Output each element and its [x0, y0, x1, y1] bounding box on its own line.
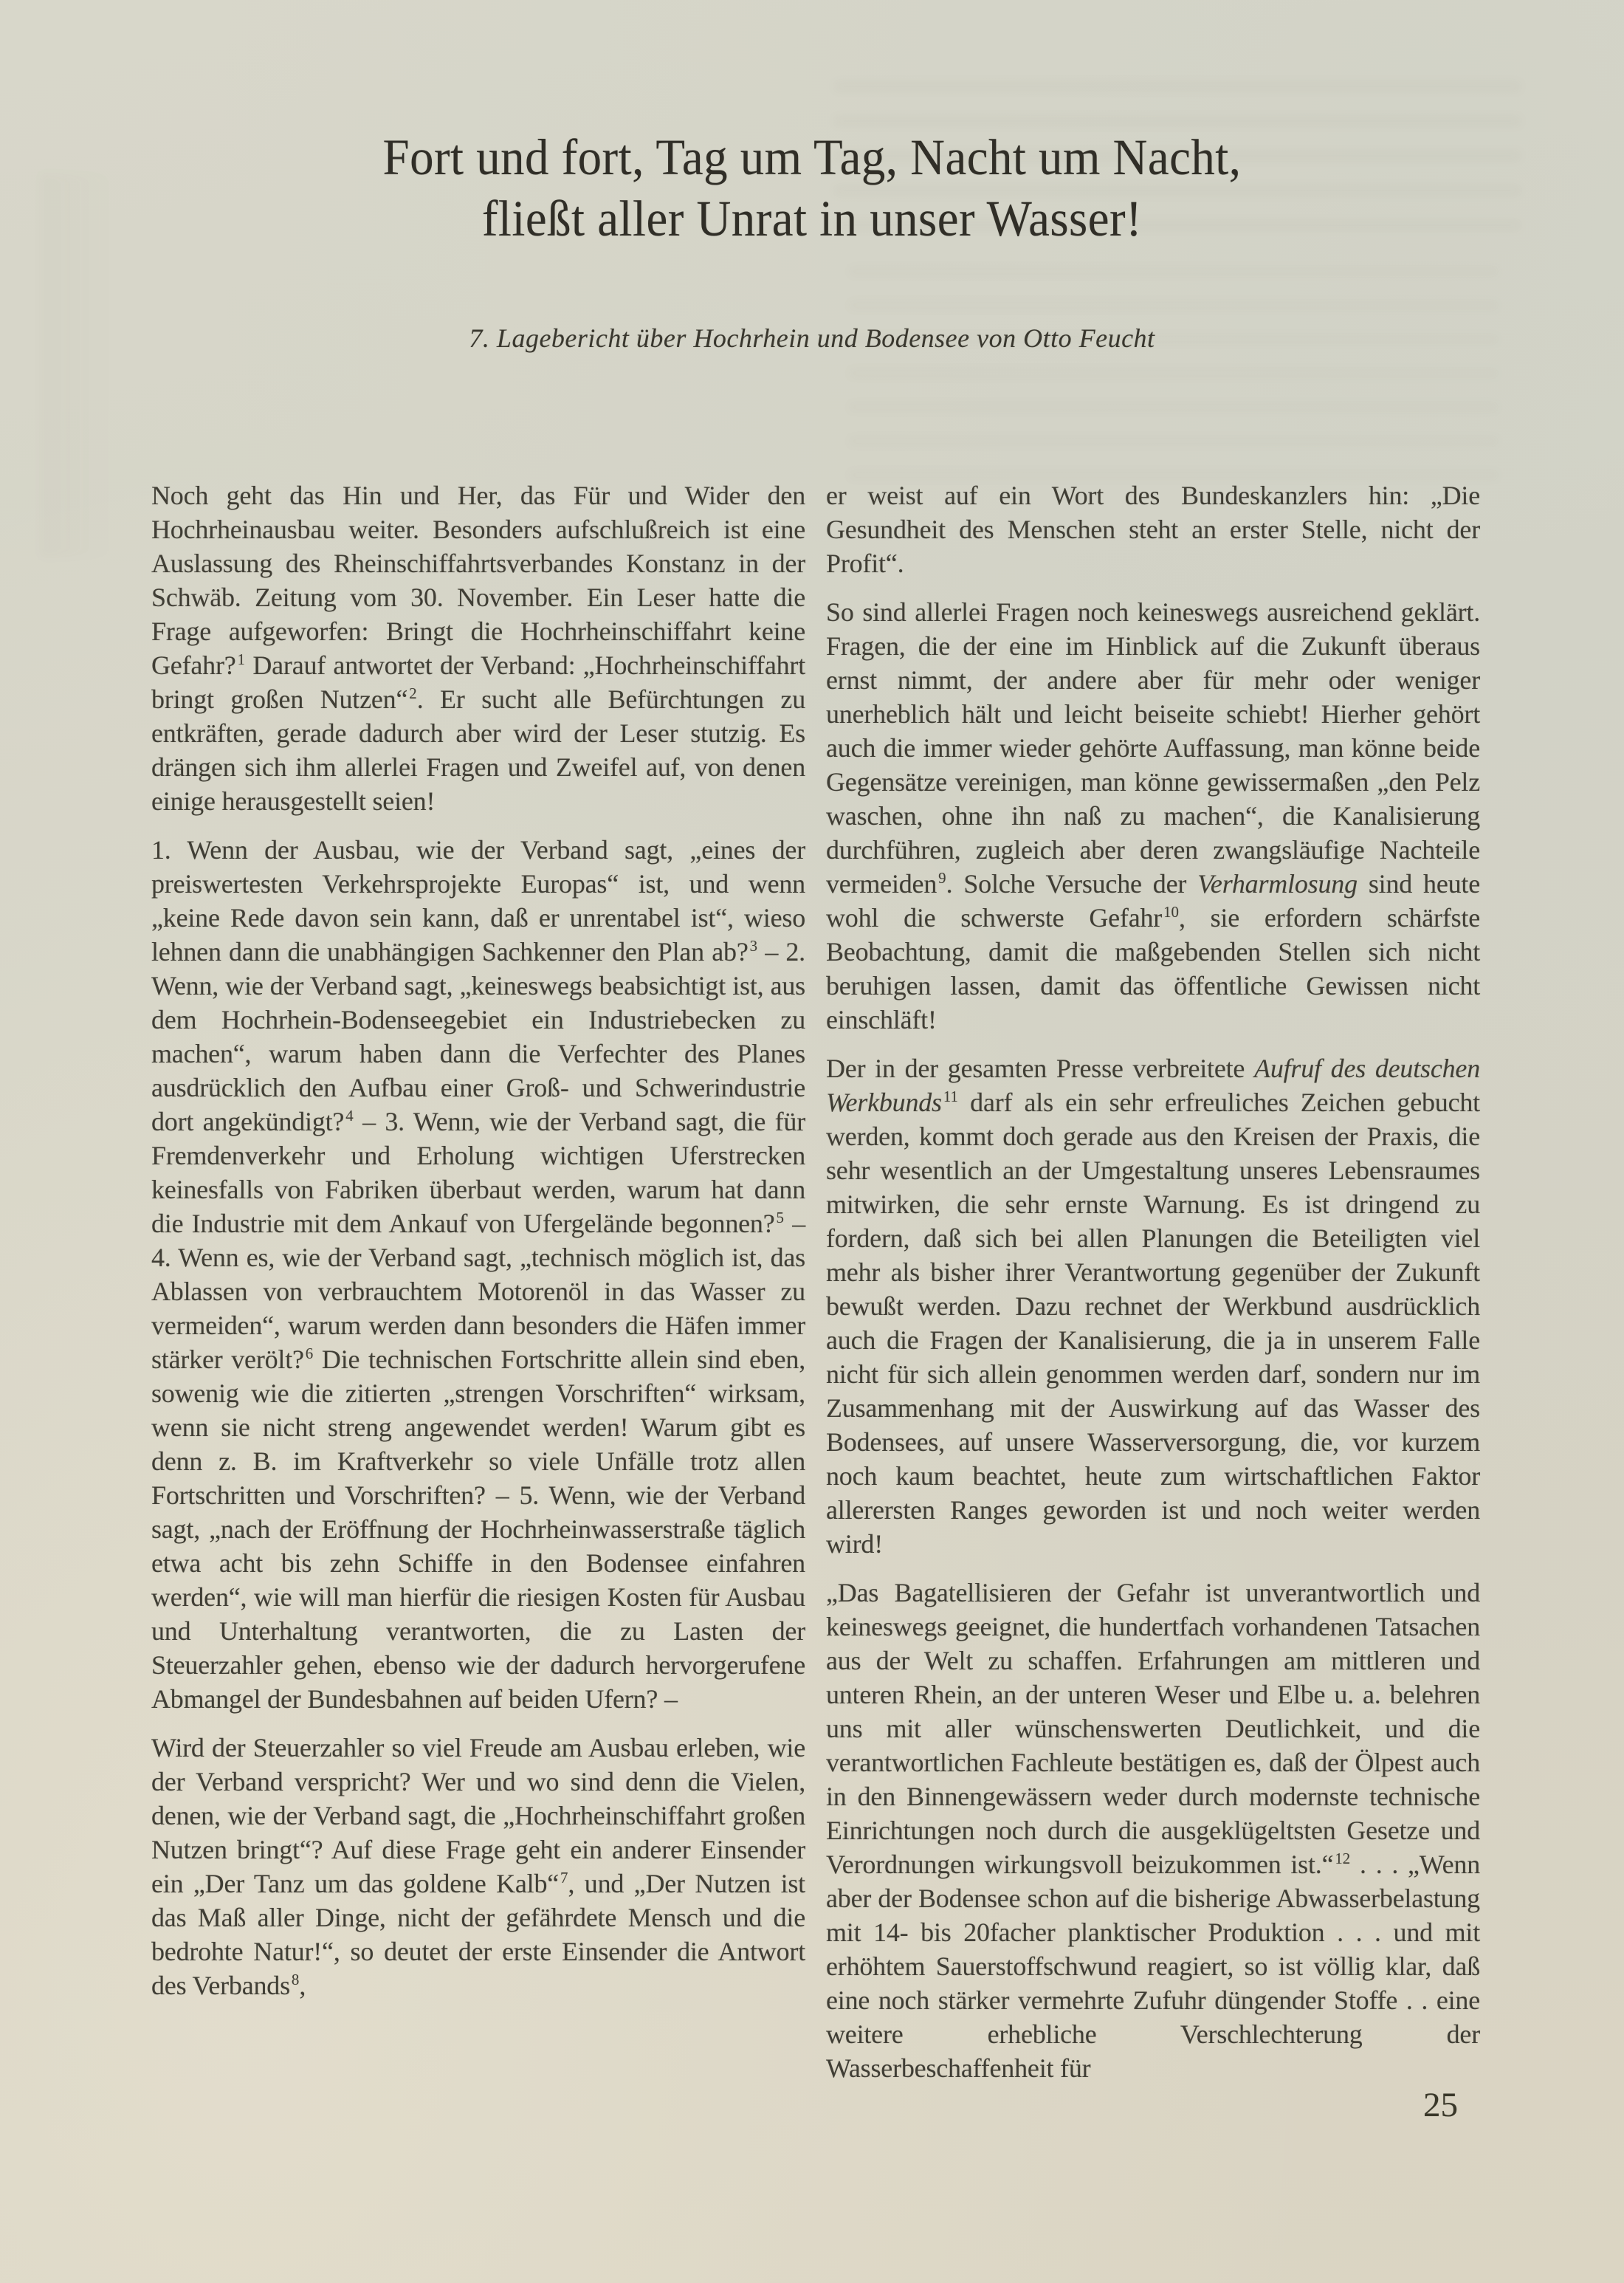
text-segment: Die technischen Fortschritte allein sind…: [151, 1345, 805, 1714]
article-title-line-1: Fort und fort, Tag um Tag, Nacht um Nach…: [49, 127, 1575, 188]
left-column: Noch geht das Hin und Her, das Für und W…: [151, 478, 805, 2085]
footnote-marker: 4: [345, 1107, 353, 1125]
footnote-marker: 10: [1163, 903, 1179, 921]
paragraph: So sind allerlei Fragen noch keineswegs …: [826, 595, 1480, 1037]
text-segment: er weist auf ein Wort des Bundeskanzlers…: [826, 481, 1480, 578]
paragraph: Noch geht das Hin und Her, das Für und W…: [151, 478, 805, 818]
footnote-marker: 9: [938, 869, 946, 887]
text-segment: Der in der gesamten Presse verbreitete: [826, 1054, 1254, 1083]
text-segment: So sind allerlei Fragen noch keineswegs …: [826, 597, 1480, 899]
footnote-marker: 1: [238, 650, 245, 668]
footnote-marker: 8: [292, 1971, 299, 1988]
footnote-marker: 5: [777, 1209, 784, 1226]
paragraph: „Das Bagatellisieren der Gefahr ist unve…: [826, 1576, 1480, 2085]
scanned-document-page: Fort und fort, Tag um Tag, Nacht um Nach…: [0, 0, 1624, 2283]
text-segment: Verharmlosung: [1197, 869, 1358, 899]
right-column: er weist auf ein Wort des Bundeskanzlers…: [826, 478, 1480, 2085]
article-body: Noch geht das Hin und Her, das Für und W…: [151, 478, 1480, 2085]
paragraph: er weist auf ein Wort des Bundeskanzlers…: [826, 478, 1480, 580]
article-subtitle: 7. Lagebericht über Hochrhein und Bodens…: [0, 323, 1624, 354]
footnote-marker: 3: [750, 937, 757, 955]
text-segment: . Solche Versuche der: [946, 869, 1198, 899]
article-title: Fort und fort, Tag um Tag, Nacht um Nach…: [49, 127, 1575, 250]
footnote-marker: 11: [943, 1088, 958, 1105]
paragraph: Der in der gesamten Presse verbreitete A…: [826, 1051, 1480, 1561]
text-segment: „Das Bagatellisieren der Gefahr ist unve…: [826, 1578, 1480, 1879]
footnote-marker: 7: [560, 1869, 568, 1887]
text-segment: ,: [299, 1971, 306, 2000]
article-title-line-2: fließt aller Unrat in unser Wasser!: [49, 188, 1575, 250]
footnote-marker: 6: [306, 1345, 313, 1362]
text-segment: . . . „Wenn aber der Bodensee schon auf …: [826, 1850, 1480, 2083]
paragraph: 1. Wenn der Ausbau, wie der Verband sagt…: [151, 833, 805, 1716]
text-segment: 1. Wenn der Ausbau, wie der Verband sagt…: [151, 835, 805, 967]
footnote-marker: 2: [409, 684, 416, 702]
text-segment: darf als ein sehr erfreuliches Zeichen g…: [826, 1088, 1480, 1559]
paragraph: Wird der Steuerzahler so viel Freude am …: [151, 1731, 805, 2002]
page-bleed-through: [849, 247, 1499, 491]
footnote-marker: 12: [1335, 1850, 1350, 1867]
article-header: Fort und fort, Tag um Tag, Nacht um Nach…: [0, 127, 1624, 250]
page-number: 25: [1423, 2085, 1458, 2125]
